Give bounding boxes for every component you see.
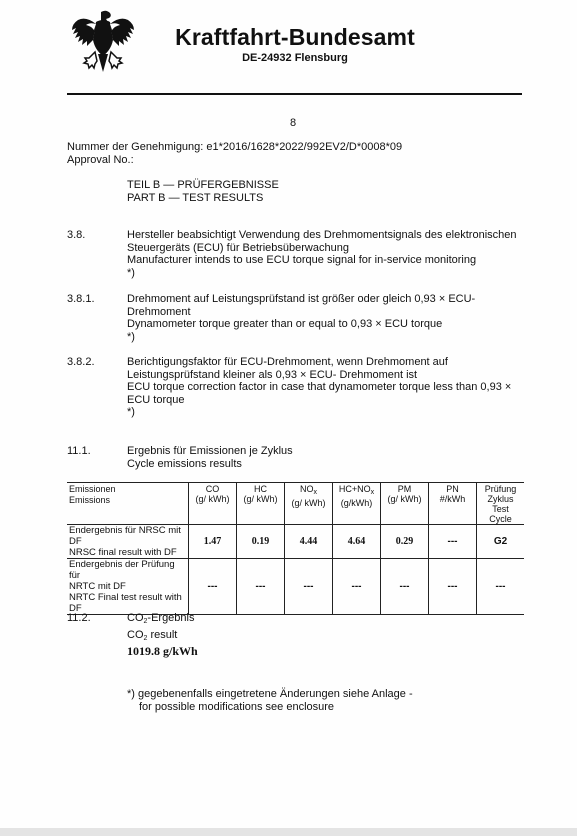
section-line: Ergebnis für Emissionen je Zyklus xyxy=(127,445,293,458)
section-line: Manufacturer intends to use ECU torque s… xyxy=(127,254,517,267)
column-header-hc-nox: HC+NOx (g/kWh) xyxy=(333,483,381,525)
cell-pn: --- xyxy=(429,559,477,615)
section-line: Berichtigungsfaktor für ECU-Drehmoment, … xyxy=(127,356,511,369)
federal-eagle-icon xyxy=(68,8,138,74)
column-unit: (g/ kWh) xyxy=(381,494,428,504)
part-title-de: TEIL B — PRÜFERGEBNISSE xyxy=(127,179,279,192)
section-text: Hersteller beabsichtigt Verwendung des D… xyxy=(127,229,517,279)
co2-prefix: CO xyxy=(127,612,144,624)
footnote-marker: *) xyxy=(127,331,475,344)
cell-co: 1.47 xyxy=(189,525,237,559)
section-line: Drehmoment xyxy=(127,306,475,319)
footnote-line: *) gegebenenfalls eingetretene Änderunge… xyxy=(127,688,413,701)
section-number: 11.1. xyxy=(67,445,91,458)
column-name: Cycle xyxy=(477,514,524,524)
co2-label-de-text: -Ergebnis xyxy=(147,612,194,624)
section-line: ECU torque correction factor in case tha… xyxy=(127,381,511,394)
table-header-row: Emissionen Emissions CO (g/ kWh) HC (g/ … xyxy=(67,483,524,525)
row-label-line: Endergebnis der Prüfung für xyxy=(69,559,186,581)
column-name: HC+NOx xyxy=(333,484,380,498)
page-number: 8 xyxy=(280,117,306,129)
section-number: 3.8.1. xyxy=(67,293,95,306)
organization-name: Kraftfahrt-Bundesamt xyxy=(160,24,430,51)
cell-hc: --- xyxy=(237,559,285,615)
approval-label-en: Approval No.: xyxy=(67,154,402,167)
cell-hc: 0.19 xyxy=(237,525,285,559)
cell-co: --- xyxy=(189,559,237,615)
document-page: Kraftfahrt-Bundesamt DE-24932 Flensburg … xyxy=(0,0,577,828)
cell-nox: 4.44 xyxy=(285,525,333,559)
subscript: x xyxy=(371,489,375,496)
header-label-de: Emissionen xyxy=(69,484,186,495)
part-title: TEIL B — PRÜFERGEBNISSE PART B — TEST RE… xyxy=(127,179,279,204)
column-name: NOx xyxy=(285,484,332,498)
cell-test-cycle: G2 xyxy=(477,525,525,559)
row-label-line: Endergebnis für NRSC mit xyxy=(69,525,186,536)
column-name: HC xyxy=(237,484,284,494)
emissions-table: Emissionen Emissions CO (g/ kWh) HC (g/ … xyxy=(67,482,524,615)
section-line: Cycle emissions results xyxy=(127,458,293,471)
section-line: Dynamometer torque greater than or equal… xyxy=(127,318,475,331)
section-text: Berichtigungsfaktor für ECU-Drehmoment, … xyxy=(127,356,511,419)
cell-test-cycle: --- xyxy=(477,559,525,615)
section-line: Drehmoment auf Leistungsprüfstand ist gr… xyxy=(127,293,475,306)
header-label-cell: Emissionen Emissions xyxy=(67,483,189,525)
column-header-hc: HC (g/ kWh) xyxy=(237,483,285,525)
row-label-line: NRSC final result with DF xyxy=(69,547,186,558)
co2-value: 1019.8 g/kWh xyxy=(127,645,198,658)
footnote-marker: *) xyxy=(127,406,511,419)
column-header-nox: NOx (g/ kWh) xyxy=(285,483,333,525)
column-name: Prüfung xyxy=(477,484,524,494)
organization-address: DE-24932 Flensburg xyxy=(160,52,430,64)
section-line: ECU torque xyxy=(127,394,511,407)
approval-label-de: Nummer der Genehmigung: e1*2016/1628*202… xyxy=(67,141,402,154)
subscript: x xyxy=(314,489,318,496)
column-name: Zyklus xyxy=(477,494,524,504)
column-name: Test xyxy=(477,504,524,514)
section-line: Steuergeräts (ECU) für Betriebsüberwachu… xyxy=(127,242,517,255)
column-header-pn: PN #/kWh xyxy=(429,483,477,525)
section-text: Drehmoment auf Leistungsprüfstand ist gr… xyxy=(127,293,475,343)
column-unit: (g/ kWh) xyxy=(285,498,332,508)
section-text: Ergebnis für Emissionen je Zyklus Cycle … xyxy=(127,445,293,470)
column-header-co: CO (g/ kWh) xyxy=(189,483,237,525)
header-label-en: Emissions xyxy=(69,495,186,506)
cell-nox: --- xyxy=(285,559,333,615)
cell-pn: --- xyxy=(429,525,477,559)
row-label-line: NRTC Final test result with xyxy=(69,592,186,603)
column-unit: (g/kWh) xyxy=(333,498,380,508)
section-number: 3.8. xyxy=(67,229,85,242)
co2-prefix: CO xyxy=(127,629,144,641)
section-number: 11.2. xyxy=(67,612,91,625)
header-divider xyxy=(67,93,522,95)
approval-number: Nummer der Genehmigung: e1*2016/1628*202… xyxy=(67,141,402,166)
column-header-test-cycle: Prüfung Zyklus Test Cycle xyxy=(477,483,525,525)
column-name: PM xyxy=(381,484,428,494)
table-row: Endergebnis der Prüfung für NRTC mit DF … xyxy=(67,559,524,615)
column-name: PN xyxy=(429,484,476,494)
co2-section: CO2-Ergebnis CO2 result 1019.8 g/kWh xyxy=(127,612,198,658)
row-label: Endergebnis für NRSC mit DF NRSC final r… xyxy=(67,525,189,559)
row-label-line: DF xyxy=(69,536,186,547)
cell-pm: 0.29 xyxy=(381,525,429,559)
cell-pm: --- xyxy=(381,559,429,615)
column-unit: (g/ kWh) xyxy=(237,494,284,504)
table-row: Endergebnis für NRSC mit DF NRSC final r… xyxy=(67,525,524,559)
co2-label-en: CO2 result xyxy=(127,629,198,646)
column-header-pm: PM (g/ kWh) xyxy=(381,483,429,525)
co2-label-en-text: result xyxy=(147,629,177,641)
cell-hc-nox: --- xyxy=(333,559,381,615)
column-unit: #/kWh xyxy=(429,494,476,504)
cell-hc-nox: 4.64 xyxy=(333,525,381,559)
footnote: *) gegebenenfalls eingetretene Änderunge… xyxy=(127,688,413,713)
row-label: Endergebnis der Prüfung für NRTC mit DF … xyxy=(67,559,189,615)
section-number: 3.8.2. xyxy=(67,356,95,369)
footnote-line: for possible modifications see enclosure xyxy=(127,701,413,714)
co2-label-de: CO2-Ergebnis xyxy=(127,612,198,629)
section-line: Hersteller beabsichtigt Verwendung des D… xyxy=(127,229,517,242)
column-name: CO xyxy=(189,484,236,494)
part-title-en: PART B — TEST RESULTS xyxy=(127,192,279,205)
footnote-marker: *) xyxy=(127,267,517,280)
column-unit: (g/ kWh) xyxy=(189,494,236,504)
section-line: Leistungsprüfstand kleiner als 0,93 × EC… xyxy=(127,369,511,382)
row-label-line: NRTC mit DF xyxy=(69,581,186,592)
